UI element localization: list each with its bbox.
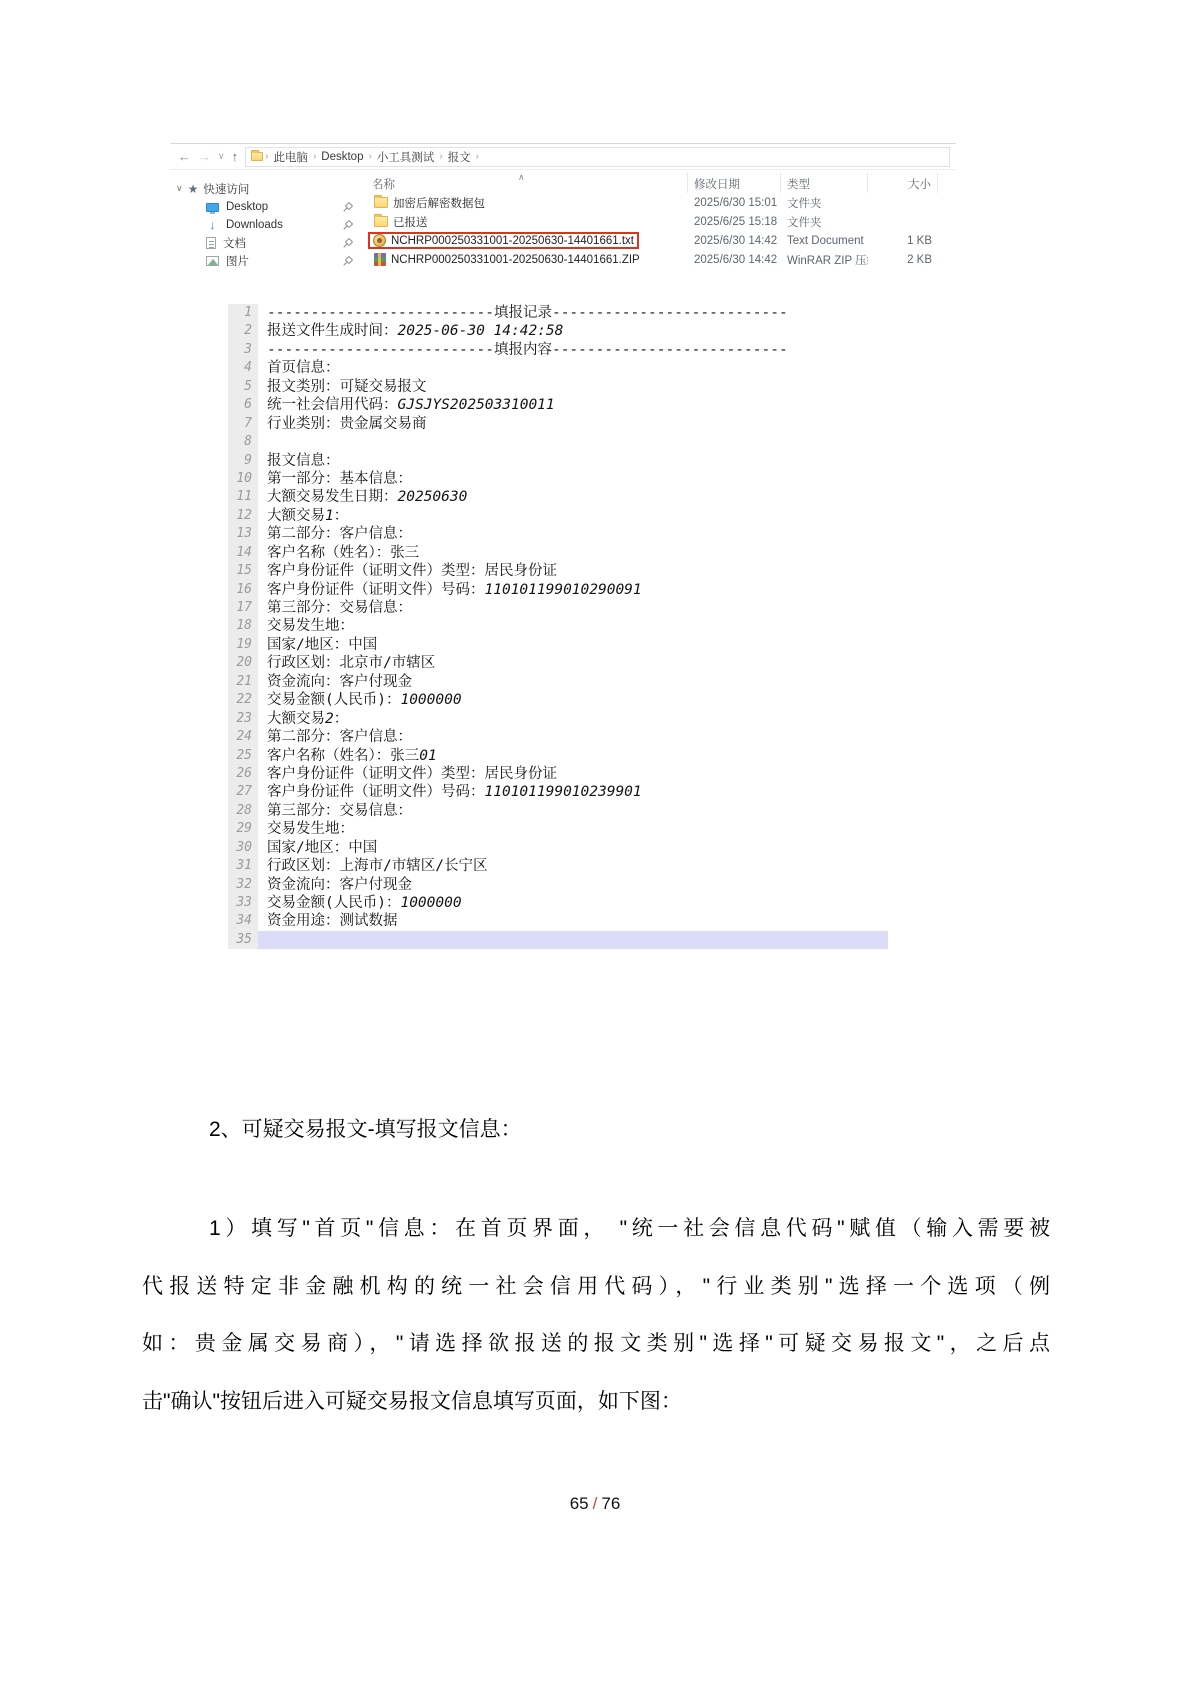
page-number: 65/76 [0,1494,1190,1514]
editor-line-text: 客户身份证件（证明文件）类型：居民身份证 [258,765,888,783]
sidebar-item-quick-access: ∨ ★ 快速访问 [174,179,366,198]
line-number: 24 [228,728,258,746]
file-type-cell: Text Document [781,235,868,247]
editor-line-text: 报文信息： [258,452,888,470]
paragraph-line: 代报送特定非金融机构的统一社会信用代码），"行业类别"选择一个选项（例 [142,1258,1050,1316]
file-explorer-screenshot: ← → ∨ ↑ ›此电脑›Desktop›小工具测试›报文› ∨ ★ 快速访问 … [170,143,956,280]
editor-line-text: 客户身份证件（证明文件）号码：110101199010239901 [258,783,888,801]
line-number: 8 [228,433,258,451]
line-number: 14 [228,544,258,562]
editor-line-text: 第一部分：基本信息： [258,470,888,488]
sidebar-item-desktop: Desktop [174,198,366,216]
file-type-cell: 文件夹 [781,195,868,211]
label-text: 行业类别：贵金属交易商 [267,416,427,432]
editor-line: 18交易发生地： [228,617,888,635]
pictures-icon [206,256,219,266]
line-number: 4 [228,359,258,377]
editor-line: 34资金用途：测试数据 [228,912,888,930]
explorer-sidebar: ∨ ★ 快速访问 DesktopDownloads文档图片 [170,170,366,280]
editor-line: 12大额交易1： [228,507,888,525]
line-number: 29 [228,820,258,838]
label-text: 客户身份证件（证明文件）类型：居民身份证 [267,563,557,579]
editor-line: 35 [228,931,888,949]
file-entry: 加密后解密数据包 [372,195,487,211]
line-number: 2 [228,322,258,340]
column-header-type: 类型 [781,173,868,193]
label-text: 报文信息： [267,453,340,469]
label-text: 交易金额(人民币)： [267,895,400,911]
txt-icon [373,234,386,247]
file-name: NCHRP000250331001-20250630-14401661.ZIP [391,254,640,266]
editor-line: 26客户身份证件（证明文件）类型：居民身份证 [228,765,888,783]
editor-line-text: 第三部分：交易信息： [258,802,888,820]
line-number: 13 [228,525,258,543]
file-list: 名称 ∧ 修改日期 类型 大小 加密后解密数据包2025/6/30 15:01文… [366,170,956,280]
line-number: 16 [228,581,258,599]
line-number: 17 [228,599,258,617]
label-text: 行政区划：北京市/市辖区 [267,655,435,671]
editor-line: 30国家/地区：中国 [228,839,888,857]
label-text: 交易发生地： [267,618,354,634]
line-number: 28 [228,802,258,820]
value-text: 1000000 [400,692,461,708]
editor-line: 27客户身份证件（证明文件）号码：110101199010239901 [228,783,888,801]
line-number: 27 [228,783,258,801]
label-text: 客户名称（姓名）：张三 [267,748,419,764]
column-header-size: 大小 [868,173,938,193]
editor-line-text: --------------------------填报记录----------… [258,304,888,322]
documents-icon [206,237,216,249]
file-date-cell: 2025/6/30 14:42 [688,235,781,247]
value-text: 2 [325,711,334,727]
editor-line-text: 交易金额(人民币)：1000000 [258,691,888,709]
zip-icon [374,253,386,266]
pin-icon [341,202,352,213]
editor-line-text: 客户身份证件（证明文件）号码：110101199010290091 [258,581,888,599]
editor-line-text: 资金流向：客户付现金 [258,876,888,894]
label-text: 客户身份证件（证明文件）号码： [267,582,485,598]
editor-line-text: 大额交易2： [258,710,888,728]
table-row: NCHRP000250331001-20250630-14401661.txt2… [366,231,956,250]
editor-line: 2报送文件生成时间：2025-06-30 14:42:58 [228,322,888,340]
editor-line-text: 资金流向：客户付现金 [258,673,888,691]
editor-line-text: 交易发生地： [258,617,888,635]
line-number: 15 [228,562,258,580]
sidebar-item-pictures: 图片 [174,252,366,270]
value-text: 2025-06-30 14:42:58 [398,323,564,339]
column-header-date: 修改日期 [688,173,781,193]
value-text: 1000000 [400,895,461,911]
value-text: 20250630 [398,489,468,505]
sidebar-item-label: 图片 [226,253,249,269]
paragraph-line: 击"确认"按钮后进入可疑交易报文信息填写页面，如下图： [142,1373,1050,1431]
highlighted-file: NCHRP000250331001-20250630-14401661.txt [368,232,639,249]
line-number: 10 [228,470,258,488]
line-number: 18 [228,617,258,635]
back-arrow-icon: ← [178,150,191,163]
breadcrumb: ›此电脑›Desktop›小工具测试›报文› [265,149,479,165]
label-text: 资金流向：客户付现金 [267,877,412,893]
editor-line-text: 首页信息： [258,359,888,377]
document-page: ← → ∨ ↑ ›此电脑›Desktop›小工具测试›报文› ∨ ★ 快速访问 … [0,0,1190,1683]
label-text: 报送文件生成时间： [267,323,398,339]
line-number: 35 [228,931,258,949]
editor-line-text: 大额交易发生日期：20250630 [258,488,888,506]
editor-line: 21资金流向：客户付现金 [228,673,888,691]
editor-line-text: 国家/地区：中国 [258,839,888,857]
file-name: 已报送 [393,214,428,230]
file-name-cell: 已报送 [366,214,688,230]
label-text: 交易金额(人民币)： [267,692,400,708]
line-number: 22 [228,691,258,709]
paragraph-line: 1）填写"首页"信息：在首页界面， "统一社会信息代码"赋值（输入需要被 [142,1200,1050,1258]
table-row: NCHRP000250331001-20250630-14401661.ZIP2… [366,250,956,269]
line-number: 9 [228,452,258,470]
file-date-cell: 2025/6/25 15:18 [688,216,781,228]
editor-line: 4首页信息： [228,359,888,377]
editor-line: 23大额交易2： [228,710,888,728]
editor-line-text [258,433,888,451]
forward-arrow-icon: → [198,150,211,163]
line-number: 20 [228,654,258,672]
line-number: 32 [228,876,258,894]
editor-line: 5报文类别：可疑交易报文 [228,378,888,396]
explorer-nav-bar: ← → ∨ ↑ ›此电脑›Desktop›小工具测试›报文› [170,144,956,170]
line-number: 6 [228,396,258,414]
editor-line-text: 资金用途：测试数据 [258,912,888,930]
editor-line: 14客户名称（姓名）：张三 [228,544,888,562]
address-bar: ›此电脑›Desktop›小工具测试›报文› [245,147,950,167]
sidebar-item-label: Desktop [226,201,268,213]
editor-line: 8 [228,433,888,451]
value-text: 110101199010239901 [485,784,642,800]
line-number: 33 [228,894,258,912]
label-text: 资金流向：客户付现金 [267,674,412,690]
editor-line: 13第二部分：客户信息： [228,525,888,543]
line-number: 3 [228,341,258,359]
editor-selected-line [258,931,888,949]
file-name-cell: NCHRP000250331001-20250630-14401661.txt [366,232,688,249]
sidebar-item-downloads: Downloads [174,216,366,234]
label-text: 大额交易发生日期： [267,489,398,505]
paragraph-line: 如：贵金属交易商），"请选择欲报送的报文类别"选择"可疑交易报文"，之后点 [142,1315,1050,1373]
label-text: 国家/地区：中国 [267,637,377,653]
file-name: 加密后解密数据包 [393,195,485,211]
editor-line-text: 统一社会信用代码：GJSJYS202503310011 [258,396,888,414]
line-number: 34 [228,912,258,930]
breadcrumb-item: 报文 [443,149,476,165]
editor-line: 10第一部分：基本信息： [228,470,888,488]
folder-icon [251,152,263,161]
label-text: 第三部分：交易信息： [267,600,412,616]
editor-line: 25客户名称（姓名）：张三01 [228,747,888,765]
line-number: 5 [228,378,258,396]
editor-line-text: 第二部分：客户信息： [258,525,888,543]
text-file-viewer-screenshot: 1--------------------------填报记录---------… [228,304,888,949]
editor-line-text: 报送文件生成时间：2025-06-30 14:42:58 [258,322,888,340]
file-list-header: 名称 ∧ 修改日期 类型 大小 [366,173,956,193]
pin-icon [341,256,352,267]
section-heading: 2、可疑交易报文-填写报文信息： [209,1113,522,1143]
editor-line: 31行政区划：上海市/市辖区/长宁区 [228,857,888,875]
editor-line: 6统一社会信用代码：GJSJYS202503310011 [228,396,888,414]
editor-line: 24第二部分：客户信息： [228,728,888,746]
value-text: 110101199010290091 [485,582,642,598]
body-paragraph: 1）填写"首页"信息：在首页界面， "统一社会信息代码"赋值（输入需要被代报送特… [142,1200,1050,1430]
line-number: 25 [228,747,258,765]
desktop-icon [206,203,219,212]
file-name: NCHRP000250331001-20250630-14401661.txt [391,235,634,247]
editor-line: 11大额交易发生日期：20250630 [228,488,888,506]
file-entry: NCHRP000250331001-20250630-14401661.ZIP [372,253,642,266]
quick-access-star-icon: ★ [188,182,199,196]
editor-line: 1--------------------------填报记录---------… [228,304,888,322]
label-text: 大额交易 [267,711,325,727]
editor-line: 28第三部分：交易信息： [228,802,888,820]
file-date-cell: 2025/6/30 14:42 [688,254,781,266]
file-type-cell: 文件夹 [781,214,868,230]
table-row: 已报送2025/6/25 15:18文件夹 [366,212,956,231]
editor-line: 20行政区划：北京市/市辖区 [228,654,888,672]
editor-line: 16客户身份证件（证明文件）号码：110101199010290091 [228,581,888,599]
editor-line-text: 报文类别：可疑交易报文 [258,378,888,396]
line-number: 11 [228,488,258,506]
editor-line-text: 大额交易1： [258,507,888,525]
line-number: 21 [228,673,258,691]
table-row: 加密后解密数据包2025/6/30 15:01文件夹 [366,193,956,212]
label-text: 第一部分：基本信息： [267,471,412,487]
editor-line: 15客户身份证件（证明文件）类型：居民身份证 [228,562,888,580]
label-text: 大额交易 [267,508,325,524]
breadcrumb-item: 此电脑 [268,149,313,165]
line-number: 12 [228,507,258,525]
breadcrumb-item: 小工具测试 [372,149,440,165]
line-number: 1 [228,304,258,322]
label-text: ： [334,508,349,524]
line-number: 31 [228,857,258,875]
file-size-cell: 2 KB [868,254,938,266]
editor-line-text: 行政区划：上海市/市辖区/长宁区 [258,857,888,875]
file-name-cell: NCHRP000250331001-20250630-14401661.ZIP [366,253,688,266]
sidebar-item-documents: 文档 [174,234,366,252]
label-text: 客户名称（姓名）：张三 [267,545,419,561]
label-text: 客户身份证件（证明文件）号码： [267,784,485,800]
file-size-cell: 1 KB [868,235,938,247]
label-text: 行政区划：上海市/市辖区/长宁区 [267,858,487,874]
label-text: 统一社会信用代码： [267,397,398,413]
label-text: ： [334,711,349,727]
label-text: 第二部分：客户信息： [267,526,412,542]
file-entry: 已报送 [372,214,430,230]
label-text: 交易发生地： [267,821,354,837]
editor-line: 9报文信息： [228,452,888,470]
sidebar-item-label: 文档 [223,235,246,251]
chevron-down-icon: ∨ [176,183,183,194]
line-number: 30 [228,839,258,857]
value-text: 01 [419,748,436,764]
sort-ascending-icon: ∧ [518,172,525,183]
editor-line: 19国家/地区：中国 [228,636,888,654]
editor-line: 3--------------------------填报内容---------… [228,341,888,359]
folder-icon [374,197,388,208]
pin-icon [341,220,352,231]
line-number: 7 [228,415,258,433]
breadcrumb-item: Desktop [316,151,368,163]
column-header-name: 名称 ∧ [366,173,688,193]
page-separator: / [589,1494,602,1513]
file-date-cell: 2025/6/30 15:01 [688,197,781,209]
editor-line: 32资金流向：客户付现金 [228,876,888,894]
label-text: --------------------------填报记录----------… [267,305,788,321]
file-name-cell: 加密后解密数据包 [366,195,688,211]
label-text: 首页信息： [267,360,340,376]
editor-line: 7行业类别：贵金属交易商 [228,415,888,433]
editor-line-text: 交易金额(人民币)：1000000 [258,894,888,912]
editor-line: 29交易发生地： [228,820,888,838]
label-text: 客户身份证件（证明文件）类型：居民身份证 [267,766,557,782]
editor-line-text: 行业类别：贵金属交易商 [258,415,888,433]
label-text: 第二部分：客户信息： [267,729,412,745]
sidebar-item-label: Downloads [226,219,283,231]
breadcrumb-separator: › [476,151,479,162]
up-arrow-icon: ↑ [232,150,239,163]
value-text: GJSJYS202503310011 [398,397,555,413]
pin-icon [341,238,352,249]
editor-line-text: 国家/地区：中国 [258,636,888,654]
history-dropdown-icon: ∨ [218,150,225,163]
line-number: 19 [228,636,258,654]
editor-line-text: 行政区划：北京市/市辖区 [258,654,888,672]
label-text: 资金用途：测试数据 [267,913,398,929]
editor-line: 17第三部分：交易信息： [228,599,888,617]
editor-line-text: 客户名称（姓名）：张三01 [258,747,888,765]
label-text: 国家/地区：中国 [267,840,377,856]
editor-line-text: 客户名称（姓名）：张三 [258,544,888,562]
line-number: 23 [228,710,258,728]
editor-line-text: 第二部分：客户信息： [258,728,888,746]
editor-line-text: 交易发生地： [258,820,888,838]
label-text: 第三部分：交易信息： [267,803,412,819]
file-type-cell: WinRAR ZIP 压缩... [781,252,868,268]
editor-line-text: 客户身份证件（证明文件）类型：居民身份证 [258,562,888,580]
label-text: --------------------------填报内容----------… [267,342,788,358]
value-text: 1 [325,508,334,524]
label-text: 报文类别：可疑交易报文 [267,379,427,395]
editor-line-text: 第三部分：交易信息： [258,599,888,617]
quick-access-label: 快速访问 [203,181,249,197]
folder-icon [374,216,388,227]
editor-line: 22交易金额(人民币)：1000000 [228,691,888,709]
editor-line: 33交易金额(人民币)：1000000 [228,894,888,912]
page-current: 65 [570,1494,589,1513]
page-total: 76 [601,1494,620,1513]
editor-line-text: --------------------------填报内容----------… [258,341,888,359]
downloads-icon [206,219,219,232]
line-number: 26 [228,765,258,783]
